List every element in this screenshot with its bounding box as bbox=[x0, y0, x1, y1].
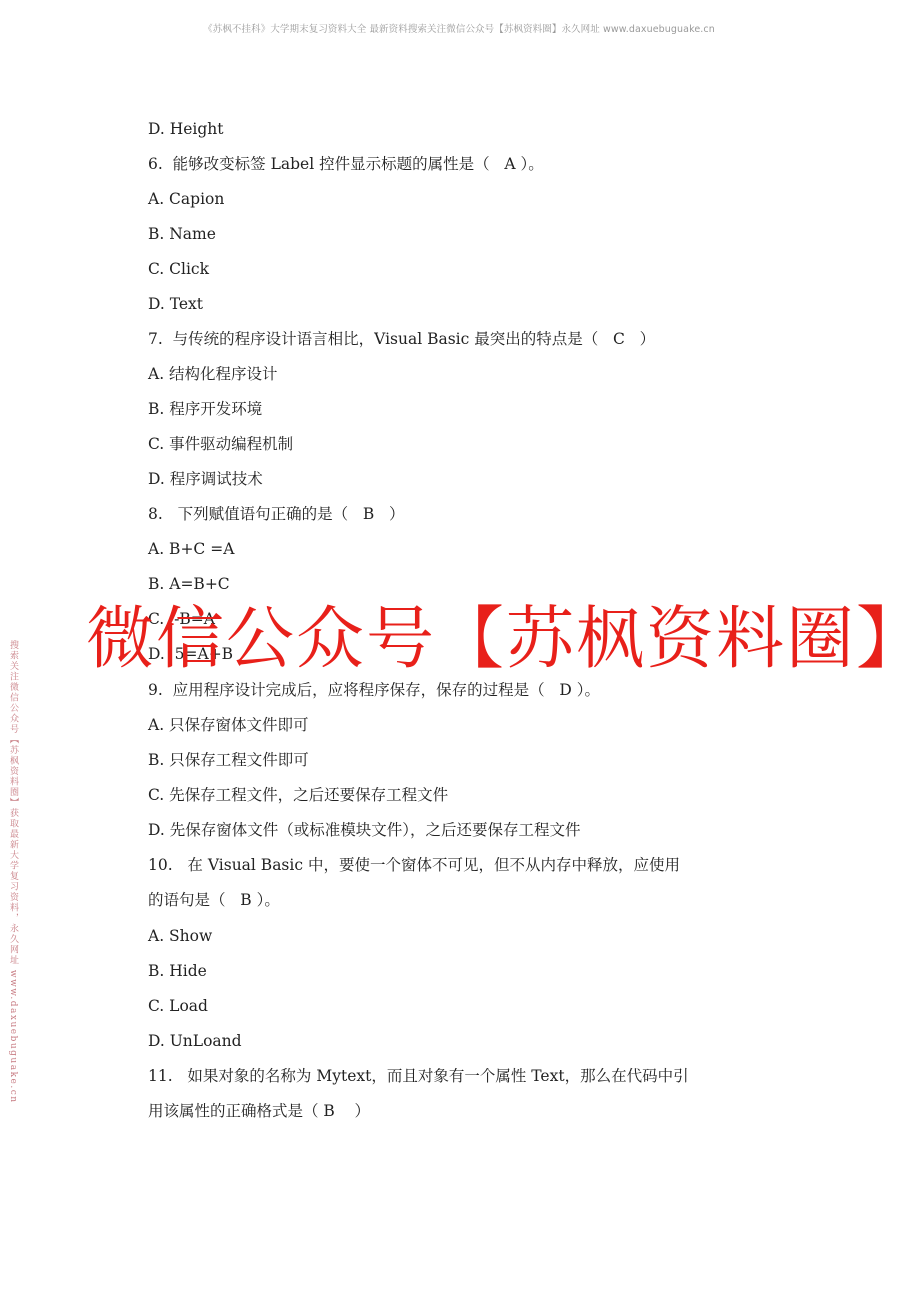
option-line: D. Text bbox=[148, 294, 203, 314]
page-header-note: 《苏枫不挂科》大学期末复习资料大全 最新资料搜索关注微信公众号【苏枫资料圈】永久… bbox=[0, 21, 918, 35]
option-line: A. 结构化程序设计 bbox=[148, 364, 278, 384]
side-watermark-note: 搜索关注微信公众号【苏枫资料圈】获取最新大学复习资料，永久网址 www.daxu… bbox=[6, 640, 20, 1104]
option-line: A. Show bbox=[148, 926, 212, 946]
question-line: 7. 与传统的程序设计语言相比，Visual Basic 最突出的特点是（ C … bbox=[148, 329, 655, 349]
option-line: B. Name bbox=[148, 224, 216, 244]
question-line-continued: 的语句是（ B ）。 bbox=[148, 890, 280, 910]
question-line: 6. 能够改变标签 Label 控件显示标题的属性是（ A ）。 bbox=[148, 154, 544, 174]
option-line: D. 5=A+B bbox=[148, 644, 233, 664]
question-line: 11. 如果对象的名称为 Mytext，而且对象有一个属性 Text，那么在代码… bbox=[148, 1066, 689, 1086]
option-line: D. 先保存窗体文件（或标准模块文件），之后还要保存工程文件 bbox=[148, 820, 580, 840]
option-line: C. Load bbox=[148, 996, 208, 1016]
option-line: D. 程序调试技术 bbox=[148, 469, 263, 489]
option-line: B. A=B+C bbox=[148, 574, 230, 594]
question-line: 10. 在 Visual Basic 中，要使一个窗体不可见，但不从内存中释放，… bbox=[148, 855, 680, 875]
option-line: C. -B=A bbox=[148, 609, 215, 629]
option-line: C. Click bbox=[148, 259, 209, 279]
option-line: B. 程序开发环境 bbox=[148, 399, 262, 419]
option-line: C. 先保存工程文件，之后还要保存工程文件 bbox=[148, 785, 448, 805]
option-line: A. B+C =A bbox=[148, 539, 234, 559]
option-line: B. Hide bbox=[148, 961, 207, 981]
question-line-continued: 用该属性的正确格式是（ B ） bbox=[148, 1101, 370, 1121]
option-line: B. 只保存工程文件即可 bbox=[148, 750, 309, 770]
option-line: A. Capion bbox=[148, 189, 224, 209]
option-line: D. Height bbox=[148, 119, 224, 139]
option-line: C. 事件驱动编程机制 bbox=[148, 434, 293, 454]
option-line: A. 只保存窗体文件即可 bbox=[148, 715, 309, 735]
option-line: D. UnLoand bbox=[148, 1031, 242, 1051]
question-line: 9. 应用程序设计完成后，应将程序保存，保存的过程是（ D ）。 bbox=[148, 680, 600, 700]
question-line: 8. 下列赋值语句正确的是（ B ） bbox=[148, 504, 405, 524]
